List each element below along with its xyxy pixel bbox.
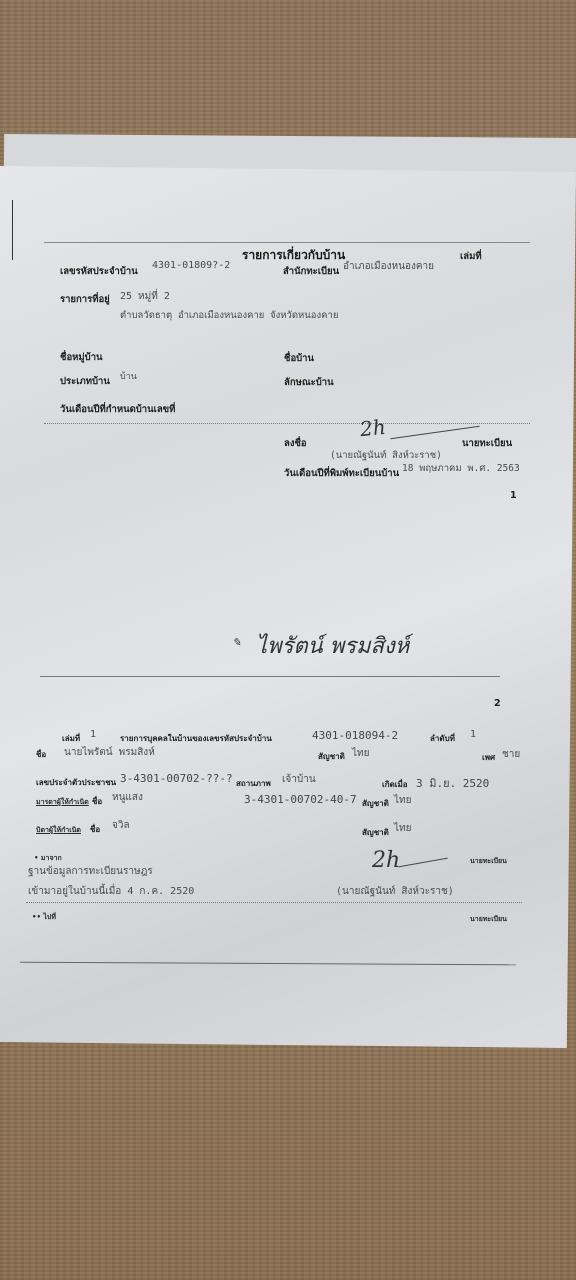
father-nationality-value: ไทย [394, 821, 411, 836]
house-code-value: 4301-01809?-2 [152, 260, 230, 271]
book-no-label: เล่มที่ [460, 249, 482, 264]
house-section-title: รายการเกี่ยวกับบ้าน [242, 246, 345, 265]
registrar-office-value: อำเภอเมืองหนองคาย [343, 259, 434, 274]
note-mark-icon: ✎ [232, 636, 241, 649]
mother-name-value: หนูแสง [112, 790, 143, 805]
print-date-label: วันเดือนปีที่พิมพ์ทะเบียนบ้าน [284, 466, 399, 481]
person-registrar-name: (นายณัฐนันท์ สิงห์วะราช) [336, 884, 454, 899]
father-label: บิดาผู้ให้กำเนิด [36, 825, 81, 836]
address-line2: ตำบลวัดธาตุ อำเภอเมืองหนองคาย จังหวัดหนอ… [120, 308, 338, 323]
person-book-no-label: เล่มที่ [62, 732, 80, 745]
nationality-label: สัญชาติ [318, 750, 345, 763]
handwritten-name: ไพรัตน์ พรมสิงห์ [256, 628, 409, 663]
page-number-2: 2 [494, 698, 501, 709]
person-book-no-value: 1 [90, 729, 96, 740]
mother-nationality-value: ไทย [394, 793, 411, 808]
village-name-label: ชื่อหมู่บ้าน [60, 350, 103, 365]
order-label: ลำดับที่ [430, 732, 455, 745]
person-registrar-signature: 2h [372, 848, 400, 873]
status-value: เจ้าบ้าน [282, 772, 316, 787]
mother-name-label: ชื่อ [92, 795, 102, 808]
mother-id-value: 3-4301-00702-40-7 [244, 793, 357, 806]
address-label: รายการที่อยู่ [60, 292, 110, 307]
nationality-value: ไทย [352, 746, 369, 761]
number-assigned-date-label: วันเดือนปีที่กำหนดบ้านเลขที่ [60, 402, 175, 417]
father-nationality-label: สัญชาติ [362, 826, 389, 839]
sex-label: เพศ [482, 751, 495, 764]
order-value: 1 [470, 729, 476, 740]
name-label: ชื่อ [36, 748, 46, 761]
registrar-title: นายทะเบียน [462, 436, 512, 451]
mother-nationality-label: สัญชาติ [362, 797, 389, 810]
id-label: เลขประจำตัวประชาชน [36, 776, 116, 789]
page-number-1: 1 [510, 490, 517, 501]
house-feature-label: ลักษณะบ้าน [284, 375, 334, 390]
moved-from-line2: เข้ามาอยู่ในบ้านนี้เมื่อ 4 ก.ค. 2520 [28, 884, 194, 899]
name-value: นายไพรัตน์ พรมสิงห์ [64, 745, 155, 760]
id-value: 3-4301-00702-??-? [120, 772, 233, 785]
mid-rule [40, 676, 500, 677]
birth-value: 3 มิ.ย. 2520 [416, 774, 489, 792]
person-section-heading: รายการบุคคลในบ้านของเลขรหัสประจำบ้าน [120, 732, 272, 745]
sex-value: ชาย [502, 747, 520, 762]
house-type-label: ประเภทบ้าน [60, 374, 110, 389]
signature-label: ลงชื่อ [284, 436, 307, 451]
birth-label: เกิดเมื่อ [382, 778, 408, 791]
person-registrar-title: นายทะเบียน [470, 856, 507, 867]
house-type-value: บ้าน [120, 369, 137, 383]
person-dotted-divider [26, 902, 522, 903]
registrar-signature: 2h [359, 415, 387, 442]
print-date-value: 18 พฤษภาคม พ.ศ. 2563 [402, 461, 520, 476]
status-label: สถานภาพ [236, 777, 271, 790]
moved-to-label: •• ไปที่ [32, 912, 56, 923]
moved-from-line1: ฐานข้อมูลการทะเบียนราษฎร [28, 864, 153, 879]
house-name-label: ชื่อบ้าน [284, 351, 314, 366]
moved-from-label: • มาจาก [34, 853, 62, 864]
registrar-office-label: สำนักทะเบียน [283, 264, 339, 279]
dotted-divider [44, 423, 530, 424]
mother-label: มารดาผู้ให้กำเนิด [36, 797, 89, 808]
address-line1: 25 หมู่ที่ 2 [120, 289, 170, 304]
house-code-label: เลขรหัสประจำบ้าน [60, 264, 138, 279]
moved-to-registrar-title: นายทะเบียน [470, 914, 507, 925]
father-name-value: จวิล [112, 818, 130, 833]
margin-mark [12, 200, 13, 260]
father-name-label: ชื่อ [90, 823, 100, 836]
person-house-code: 4301-018094-2 [312, 729, 398, 742]
top-rule [44, 242, 530, 243]
